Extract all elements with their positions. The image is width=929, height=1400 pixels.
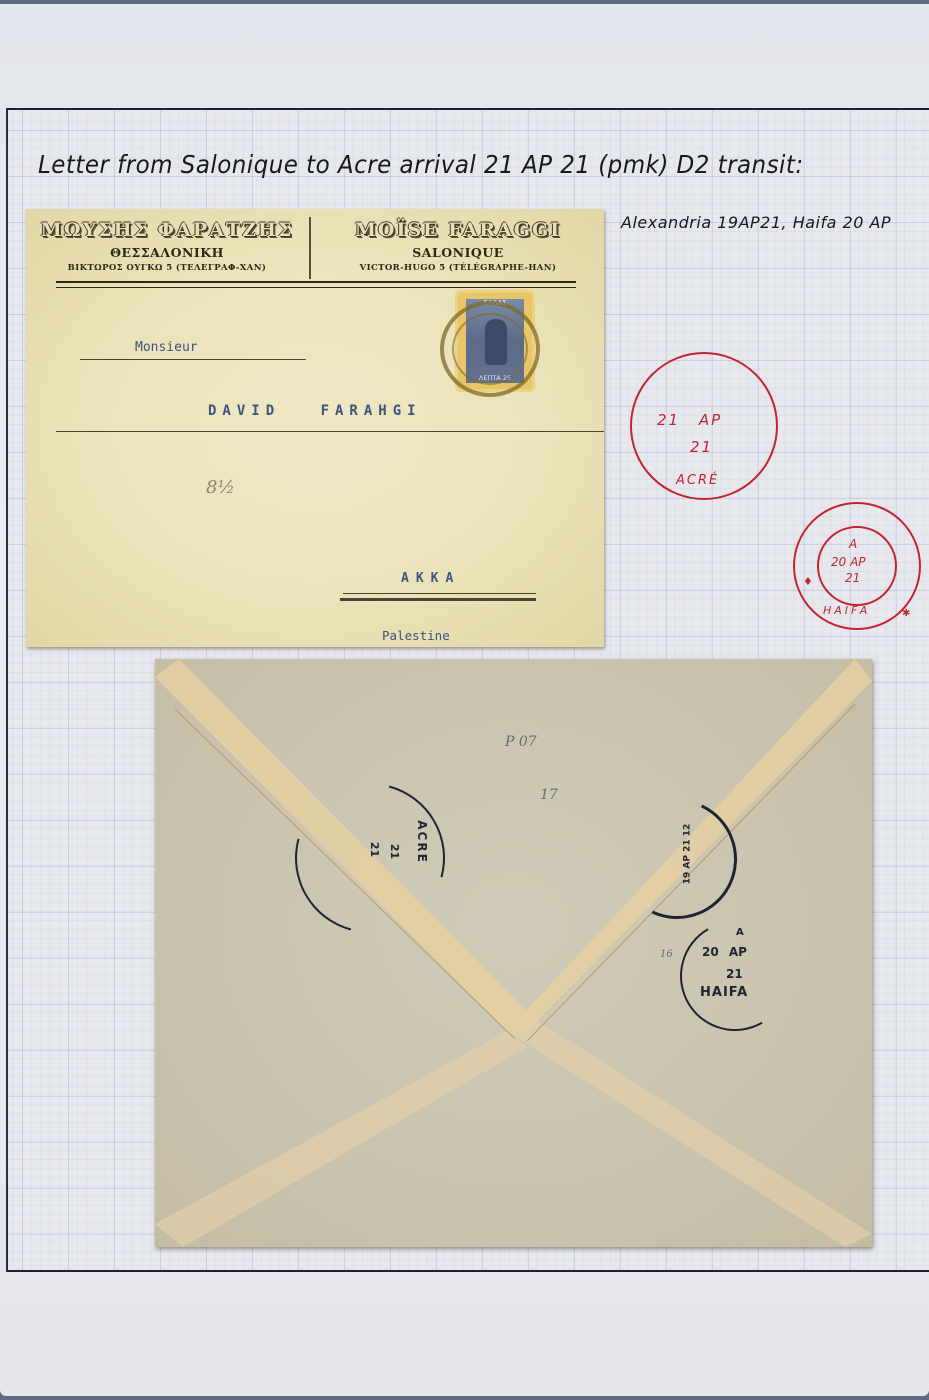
address-line [340,598,536,601]
backstamp-haifa: A 20 AP 21 HAIFA [680,921,790,1031]
letterhead-latin-city: SALONIQUE [312,245,604,260]
recipient-name: DAVID FARAHGI [208,403,422,419]
letterhead-latin: MOÏSE FARAGGI SALONIQUE VICTOR-HUGO 5 (T… [312,209,604,273]
postmark-ring [600,782,754,936]
envelope-back: 21 21 ACRE 19 AP 21 12 A 20 AP 21 HAIFA … [155,659,872,1247]
postmark-date: 19 AP 21 12 [682,824,692,885]
letterhead-greek-name: ΜΩΥΣΗΣ ΦΑΡΑΤΖΗΣ [26,219,308,241]
handwritten-title: Letter from Salonique to Acre arrival 21… [38,150,804,179]
postmark-letter: A [849,537,857,551]
destination-city: AKKA [401,571,460,586]
pencil-mark: 17 [540,787,558,803]
address-line [56,431,604,432]
postmark-date: 20 AP [831,555,866,569]
postmark-date: 20 AP [702,945,747,959]
greek-stamp: ΕΛΛΑΣ ΛΕΠΤΑ 25 [458,293,532,389]
pencil-mark: 16 [660,949,673,960]
postmark-year: 21 [690,438,713,456]
letterhead-greek: ΜΩΥΣΗΣ ΦΑΡΑΤΖΗΣ ΘΕΣΣΑΛΟΝΙΚΗ ΒΙΚΤΩΡΟΣ ΟΥΓ… [26,209,308,273]
postmark-place: ACRE [415,820,429,864]
address-line [80,359,306,360]
letterhead-latin-address: VICTOR-HUGO 5 (TÉLÉGRAPHE-HAN) [312,263,604,273]
postmark-ring [268,756,473,961]
postmark-year: 21 [726,967,743,981]
album-page: Letter from Salonique to Acre arrival 21… [0,4,929,1396]
destination-country: Palestine [382,628,450,643]
letterhead-greek-city: ΘΕΣΣΑΛΟΝΙΚΗ [26,245,308,260]
postmark-place: HAIFA [700,985,748,1000]
star-icon: ✱ [902,608,910,619]
postmark-day: 21 [368,842,381,857]
letterhead-latin-name: MOÏSE FARAGGI [312,219,604,241]
envelope-front: ΜΩΥΣΗΣ ΦΑΡΑΤΖΗΣ ΘΕΣΣΑΛΟΝΙΚΗ ΒΙΚΤΩΡΟΣ ΟΥΓ… [26,209,604,647]
postmark-place: HAIFA [823,604,870,617]
address-line [343,593,536,594]
drawn-postmark-acre: 21 AP 21 ACRÉ [630,352,778,500]
letterhead-greek-address: ΒΙΚΤΩΡΟΣ ΟΥΓΚΩ 5 (ΤΕΛΕΓΡΑΦ-ΧΑΝ) [26,263,308,273]
handwritten-transit-note: Alexandria 19AP21, Haifa 20 AP [621,213,891,232]
letterhead-divider [309,217,311,279]
postmark-year: 21 [388,844,401,859]
postmark-letter: A [736,927,744,938]
postmark-date: 21 AP [657,411,722,429]
postmark-year: 21 [845,571,860,585]
pencil-note: 8½ [206,477,235,498]
drawn-postmark-haifa: A 20 AP 21 HAIFA ♦ ✱ [793,502,921,630]
salutation: Monsieur [135,340,198,355]
stamp-cancel-inner-ring [452,313,528,385]
letterhead-rule [56,281,576,288]
star-icon: ♦ [803,575,813,588]
pencil-mark: P 07 [505,734,537,750]
backstamp-acre: 21 21 ACRE [295,783,455,933]
backstamp-alexandria: 19 AP 21 12 [617,799,737,919]
postmark-place: ACRÉ [676,473,719,488]
